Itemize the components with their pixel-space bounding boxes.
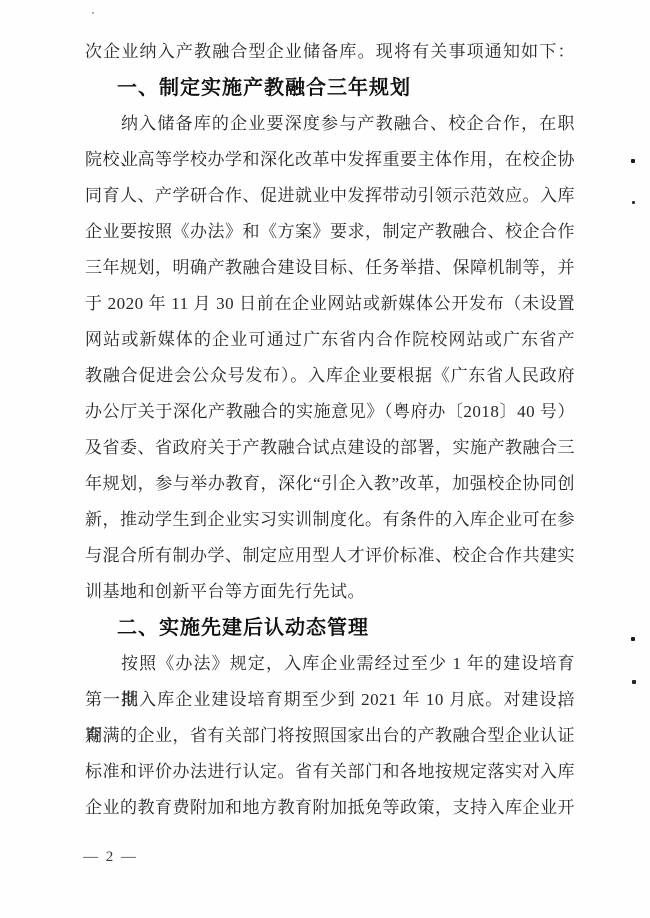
text-line: 教融合促进会公众号发布）。入库企业要根据《广东省人民政府 (85, 358, 575, 394)
text-line: 与混合所有制办学、制定应用型人才评价标准、校企合作共建实 (85, 538, 575, 574)
scan-speck (632, 680, 636, 684)
text-line: 企业的教育费附加和地方教育附加抵免等政策，支持入库企业开 (85, 790, 575, 826)
text-line: 第一批入库企业建设培育期至少到 2021 年 10 月底。对建设培育 (85, 682, 575, 718)
scan-speck (632, 201, 635, 204)
text-line: 次企业纳入产教融合型企业储备库。现将有关事项通知如下： (85, 34, 575, 70)
section-heading: 一、制定实施产教融合三年规划 (85, 70, 575, 106)
text-line: 院校、高等学校办学和深化改革中发挥重要主体作用，在校企协 (85, 142, 575, 178)
scan-speck (631, 637, 635, 641)
text-line: 年规划，参与举办教育，深化“引企入教”改革，加强校企协同创 (85, 466, 575, 502)
text-line: 按照《办法》规定，入库企业需经过至少 1 年的建设培育期， (85, 646, 575, 682)
text-line: 训基地和创新平台等方面先行先试。 (85, 574, 575, 610)
text-line: 办公厅关于深化产教融合的实施意见》（粤府办〔2018〕40 号） (85, 394, 575, 430)
document-body: 次企业纳入产教融合型企业储备库。现将有关事项通知如下：一、制定实施产教融合三年规… (85, 34, 575, 826)
page-number: — 2 — (83, 846, 138, 868)
text-line: 三年规划，明确产教融合建设目标、任务举措、保障机制等，并 (85, 250, 575, 286)
scanned-document-page: 次企业纳入产教融合型企业储备库。现将有关事项通知如下：一、制定实施产教融合三年规… (0, 0, 650, 918)
text-line: 纳入储备库的企业要深度参与产教融合、校企合作，在职业 (85, 106, 575, 142)
text-line: 网站或新媒体的企业可通过广东省内合作院校网站或广东省产 (85, 322, 575, 358)
text-line: 企业要按照《办法》和《方案》要求，制定产教融合、校企合作 (85, 214, 575, 250)
text-line: 期满的企业，省有关部门将按照国家出台的产教融合型企业认证 (85, 718, 575, 754)
scan-speck (631, 159, 635, 163)
text-line: 标准和评价办法进行认定。省有关部门和各地按规定落实对入库 (85, 754, 575, 790)
text-line: 于 2020 年 11 月 30 日前在企业网站或新媒体公开发布（未设置 (85, 286, 575, 322)
text-line: 同育人、产学研合作、促进就业中发挥带动引领示范效应。入库 (85, 178, 575, 214)
text-line: 及省委、省政府关于产教融合试点建设的部署，实施产教融合三 (85, 430, 575, 466)
scan-speck (92, 12, 94, 14)
text-line: 新，推动学生到企业实习实训制度化。有条件的入库企业可在参 (85, 502, 575, 538)
section-heading: 二、实施先建后认动态管理 (85, 610, 575, 646)
